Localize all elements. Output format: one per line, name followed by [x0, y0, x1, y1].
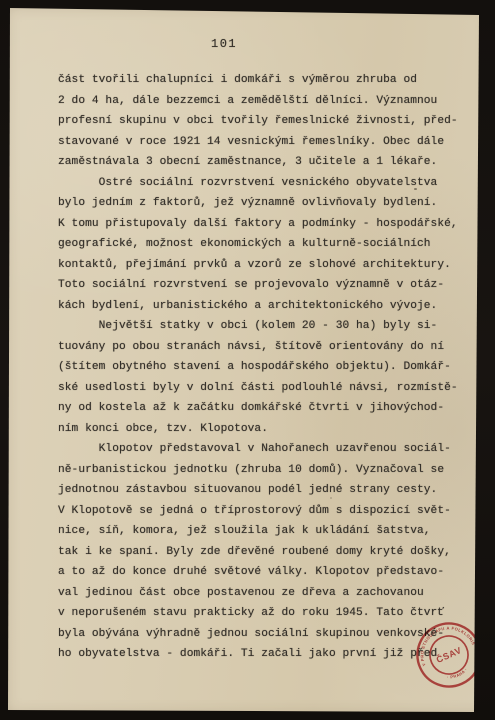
text-line: kách bydlení, urbanistického a architekt… — [58, 296, 460, 317]
text-line: v neporušeném stavu prakticky až do roku… — [58, 603, 460, 624]
text-line: ním konci obce, tzv. Klopotova. — [58, 419, 460, 440]
text-line: ny od kostela až k začátku domkářské čtv… — [58, 398, 460, 419]
text-line: ně-urbanistickou jednotku (zhruba 10 dom… — [58, 460, 460, 481]
stamp-center-label: ČSAV — [434, 644, 463, 665]
text-line: byla obývána výhradně jednou sociální sk… — [58, 624, 460, 645]
text-line: část tvořili chalupníci i domkáři s výmě… — [58, 70, 460, 91]
text-line: zaměstnávala 3 obecní zaměstnance, 3 uči… — [58, 152, 460, 173]
text-line: (štítem obytného stavení a hospodářského… — [58, 357, 460, 378]
text-line: Toto sociální rozvrstvení se projevovalo… — [58, 275, 460, 296]
ink-speck — [414, 188, 417, 190]
text-line: ho obyvatelstva - domkáři. Ti začali jak… — [58, 644, 460, 665]
text-line: a to až do konce druhé světové války. Kl… — [58, 562, 460, 583]
ink-speck — [330, 497, 332, 499]
text-line: nice, síň, komora, jež sloužila jak k uk… — [58, 521, 460, 542]
text-line: bylo jedním z faktorů, jež významně ovli… — [58, 193, 460, 214]
text-line: Ostré sociální rozvrstvení vesnického ob… — [58, 173, 460, 194]
text-line: geografické, možnost ekonomických a kult… — [58, 234, 460, 255]
text-line: 2 do 4 ha, dále bezzemci a zemědělští dě… — [58, 91, 460, 112]
page-number: 101 — [211, 37, 237, 51]
scanned-page: 101 část tvořili chalupníci i domkáři s … — [0, 0, 495, 720]
text-line: ské usedlosti byly v dolní části podlouh… — [58, 378, 460, 399]
text-line: stavované v roce 1921 14 vesnickými řeme… — [58, 132, 460, 153]
text-line: profesní skupinu v obci tvořily řemeslni… — [58, 111, 460, 132]
ink-speck — [160, 246, 162, 248]
text-line: V Klopotově se jedná o tříprostorový dům… — [58, 501, 460, 522]
text-line: tuovány po obou stranách návsi, štítově … — [58, 337, 460, 358]
text-line: Klopotov představoval v Nahořanech uzavř… — [58, 439, 460, 460]
text-line: jednotnou zástavbou situovanou podél jed… — [58, 480, 460, 501]
text-line: tak i ke spaní. Byly zde dřevěné roubené… — [58, 542, 460, 563]
text-line: K tomu přistupovaly další faktory a podm… — [58, 214, 460, 235]
text-line: kontaktů, přejímání prvků a vzorů ze slo… — [58, 255, 460, 276]
typewritten-text-block: část tvořili chalupníci i domkáři s výmě… — [58, 70, 460, 665]
text-line: val jedinou část obce postavenou ze dřev… — [58, 583, 460, 604]
paper-sheet: 101 část tvořili chalupníci i domkáři s … — [0, 0, 495, 720]
text-line: Největší statky v obci (kolem 20 - 30 ha… — [58, 316, 460, 337]
